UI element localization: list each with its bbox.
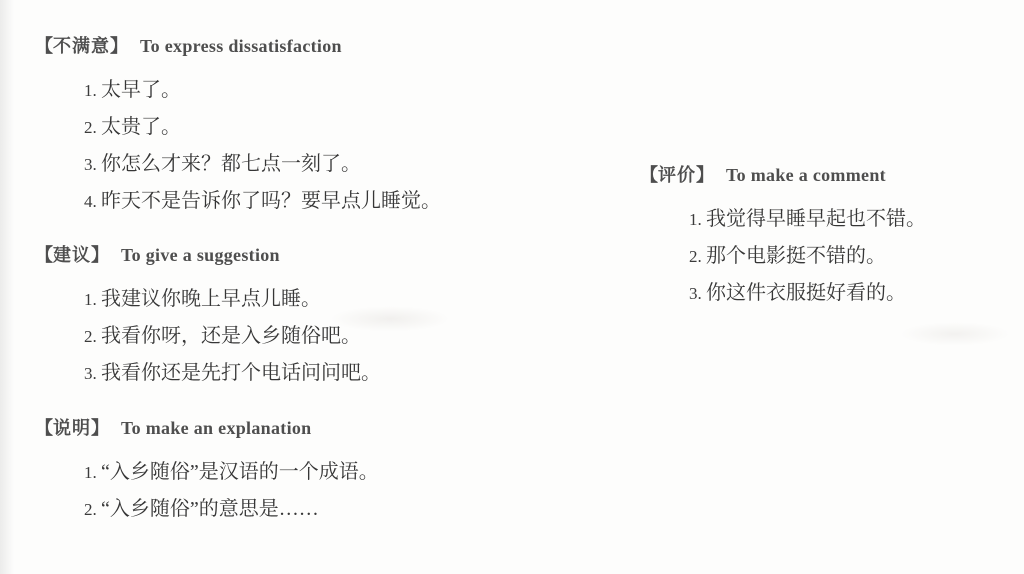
section-title-zh-text: 说明: [53, 418, 91, 438]
example-sentence: 那个电影挺不错的。: [706, 238, 926, 275]
bracket-open: 【: [35, 418, 53, 438]
bracket-close: 】: [110, 36, 128, 56]
section-title-zh: 【建议】: [35, 245, 109, 265]
section-title-zh: 【说明】: [35, 418, 109, 438]
section-heading: 【建议】To give a suggestion: [35, 243, 381, 267]
example-sentence: 我看你呀，还是入乡随俗吧。: [101, 318, 381, 355]
section-comment: 【评价】To make a comment 我觉得早睡早起也不错。 那个电影挺不…: [640, 163, 926, 312]
bracket-close: 】: [91, 418, 109, 438]
bracket-open: 【: [35, 36, 53, 56]
section-title-zh-text: 评价: [658, 165, 696, 185]
section-title-en: To make an explanation: [121, 418, 311, 438]
example-sentence: “入乡随俗”是汉语的一个成语。: [101, 454, 379, 491]
scan-smudge: [900, 322, 1010, 346]
example-sentence: “入乡随俗”的意思是……: [101, 491, 379, 528]
section-explanation: 【说明】To make an explanation “入乡随俗”是汉语的一个成…: [35, 416, 379, 528]
textbook-page: 【不满意】To express dissatisfaction 太早了。 太贵了…: [0, 0, 1024, 574]
bracket-close: 】: [91, 245, 109, 265]
example-list: 我建议你晚上早点儿睡。 我看你呀，还是入乡随俗吧。 我看你还是先打个电话问问吧。: [35, 281, 381, 392]
scan-edge-shadow: [0, 0, 14, 574]
bracket-open: 【: [35, 245, 53, 265]
example-sentence: 我看你还是先打个电话问问吧。: [101, 355, 381, 392]
example-sentence: 你这件衣服挺好看的。: [706, 275, 926, 312]
section-title-zh: 【评价】: [640, 165, 714, 185]
example-sentence: 太贵了。: [101, 109, 441, 146]
example-sentence: 我觉得早睡早起也不错。: [706, 201, 926, 238]
bracket-close: 】: [696, 165, 714, 185]
section-suggestion: 【建议】To give a suggestion 我建议你晚上早点儿睡。 我看你…: [35, 243, 381, 392]
section-title-zh: 【不满意】: [35, 36, 128, 56]
bracket-open: 【: [640, 165, 658, 185]
section-dissatisfaction: 【不满意】To express dissatisfaction 太早了。 太贵了…: [35, 34, 441, 220]
section-title-en: To make a comment: [726, 165, 886, 185]
example-list: 太早了。 太贵了。 你怎么才来？都七点一刻了。 昨天不是告诉你了吗？要早点儿睡觉…: [35, 72, 441, 220]
example-list: “入乡随俗”是汉语的一个成语。 “入乡随俗”的意思是……: [35, 454, 379, 528]
section-heading: 【评价】To make a comment: [640, 163, 926, 187]
example-sentence: 我建议你晚上早点儿睡。: [101, 281, 381, 318]
section-heading: 【说明】To make an explanation: [35, 416, 379, 440]
example-sentence: 太早了。: [101, 72, 441, 109]
section-title-en: To give a suggestion: [121, 245, 280, 265]
example-sentence: 昨天不是告诉你了吗？要早点儿睡觉。: [101, 183, 441, 220]
example-list: 我觉得早睡早起也不错。 那个电影挺不错的。 你这件衣服挺好看的。: [640, 201, 926, 312]
section-title-zh-text: 不满意: [53, 36, 110, 56]
section-title-en: To express dissatisfaction: [140, 36, 342, 56]
example-sentence: 你怎么才来？都七点一刻了。: [101, 146, 441, 183]
section-title-zh-text: 建议: [53, 245, 91, 265]
section-heading: 【不满意】To express dissatisfaction: [35, 34, 441, 58]
